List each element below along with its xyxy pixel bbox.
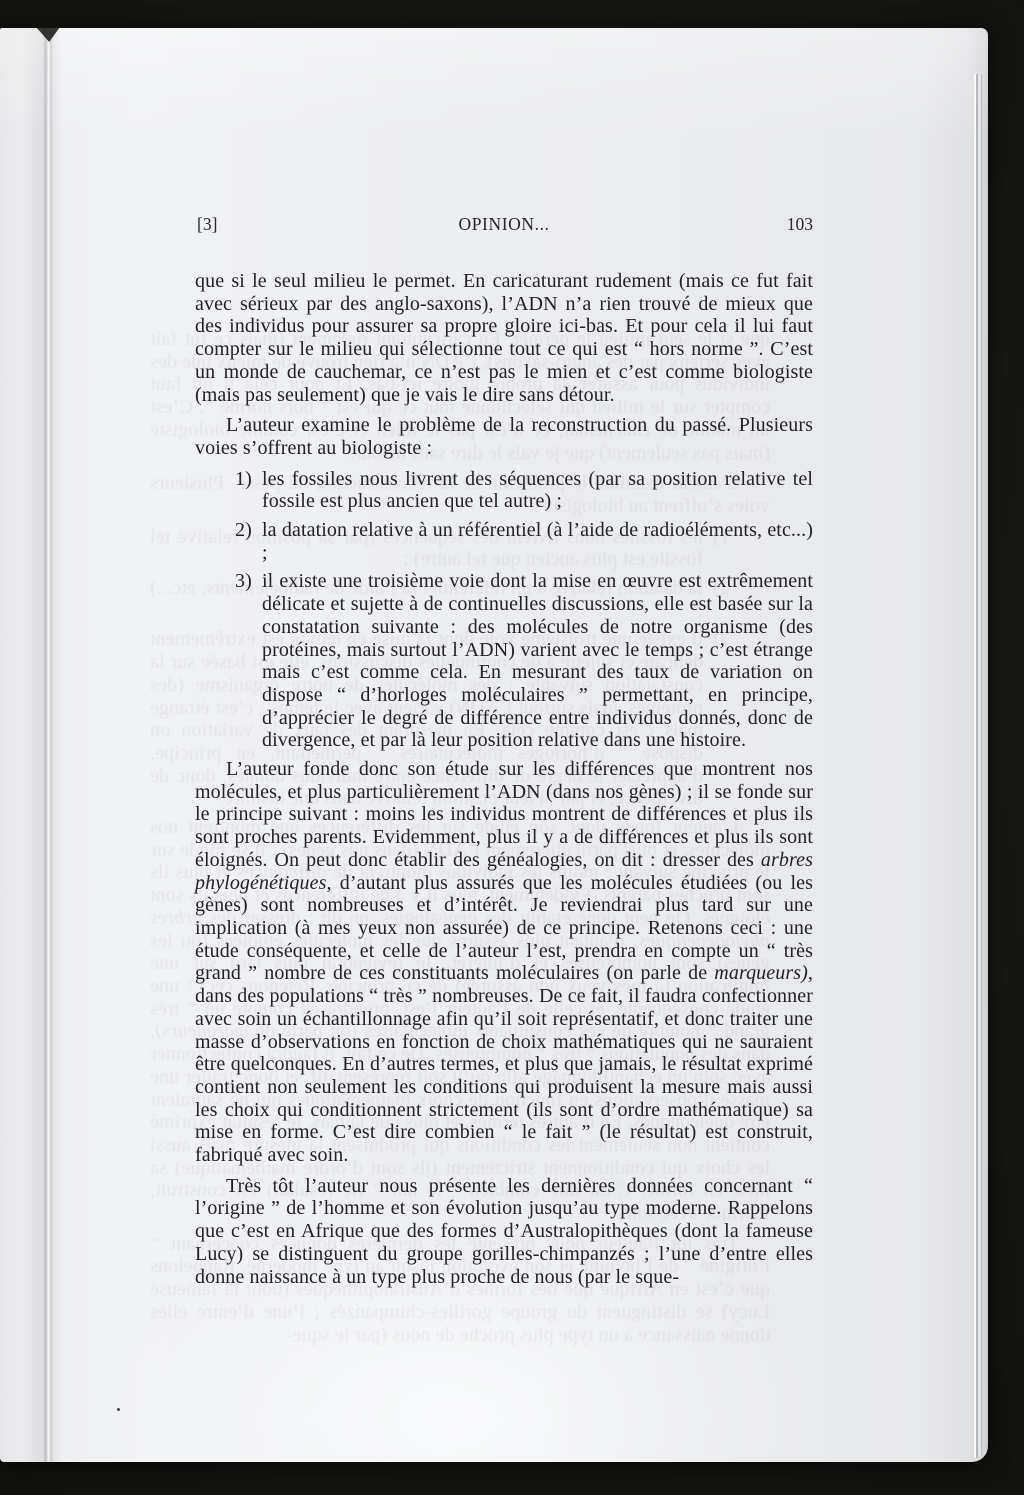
list-item-3: 3) il existe une troisième voie dont la … xyxy=(195,570,813,752)
list-item-2: 2) la datation relative à un référentiel… xyxy=(195,519,813,564)
page-gutter-crease xyxy=(43,28,53,1462)
list-marker-2: 2) xyxy=(235,519,252,542)
paragraph-3-segment-1: L’auteur fonde donc son étude sur les di… xyxy=(195,758,813,871)
paragraph-2: L’auteur examine le problème de la recon… xyxy=(195,414,813,459)
paragraph-1: que si le seul milieu le permet. En cari… xyxy=(195,270,813,406)
text-body: que si le seul milieu le permet. En cari… xyxy=(195,270,813,1288)
photo-backdrop: que si le seul milieu le permet. En cari… xyxy=(0,0,1024,1495)
paragraph-3-segment-3: dans des populations “ très ” nombreuses… xyxy=(195,985,813,1166)
list-item-2-text: la datation relative à un référentiel (à… xyxy=(262,519,813,564)
page-gutter-notch xyxy=(36,27,60,42)
page-edge-stack xyxy=(974,74,986,1458)
book-page: que si le seul milieu le permet. En cari… xyxy=(0,28,988,1462)
page-number: 103 xyxy=(787,214,813,235)
paragraph-4: Très tôt l’auteur nous présente les dern… xyxy=(195,1175,813,1289)
paragraph-3: L’auteur fonde donc son étude sur les di… xyxy=(195,758,813,1167)
list-marker-3: 3) xyxy=(235,570,252,593)
list-item-1: 1) les fossiles nous livrent des séquenc… xyxy=(195,468,813,513)
page-content: [3] OPINION... 103 que si le seul milieu… xyxy=(195,214,813,1296)
paper-speck xyxy=(117,1408,120,1411)
page-header: [3] OPINION... 103 xyxy=(195,214,813,238)
list-item-1-text: les fossiles nous livrent des séquences … xyxy=(262,468,813,513)
numbered-list: 1) les fossiles nous livrent des séquenc… xyxy=(195,468,813,752)
list-marker-1: 1) xyxy=(235,468,252,491)
list-item-3-text: il existe une troisième voie dont la mis… xyxy=(262,570,813,751)
running-title: OPINION... xyxy=(195,214,813,235)
italic-phrase-marqueurs: marqueurs), xyxy=(714,962,813,984)
